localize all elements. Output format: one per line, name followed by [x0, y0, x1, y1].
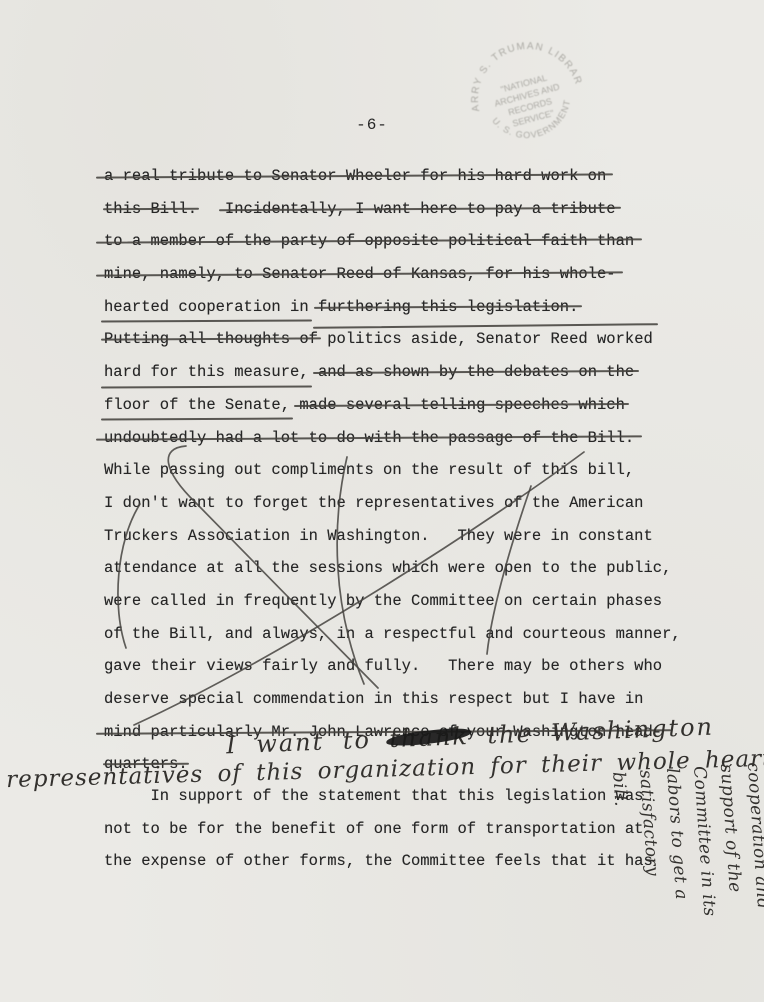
typed-line: of the Bill, and always, in a respectful…	[104, 618, 704, 651]
typed-line: hearted cooperation in furthering this l…	[104, 291, 704, 324]
typed-line: hard for this measure, and as shown by t…	[104, 356, 704, 389]
underlined-text: hard for this measure,	[104, 356, 309, 389]
typed-text: not to be for the benefit of one form of…	[104, 813, 644, 846]
struck-text: furthering this legislation.	[318, 291, 578, 324]
page-number: -6-	[0, 116, 744, 134]
typed-line: While passing out compliments on the res…	[104, 454, 704, 487]
struck-text: politics aside, Senator Reed worked	[318, 323, 653, 356]
typed-line: I don't want to forget the representativ…	[104, 487, 704, 520]
typed-text: attendance at all the sessions which wer…	[104, 552, 671, 585]
typed-line: Putting all thoughts of politics aside, …	[104, 323, 704, 356]
struck-text: to a member of the party of opposite pol…	[104, 225, 634, 258]
typed-line: Truckers Association in Washington. They…	[104, 520, 704, 553]
typed-line: undoubtedly had a lot to do with the pas…	[104, 422, 704, 455]
struck-text: made several telling speeches which	[299, 389, 625, 422]
typed-text: the expense of other forms, the Committe…	[104, 845, 653, 878]
pen-blot-over-word: thank	[389, 722, 469, 753]
typed-line: a real tribute to Senator Wheeler for hi…	[104, 160, 704, 193]
typed-line: floor of the Senate, made several tellin…	[104, 389, 704, 422]
margin-note-rotated: cooperation andsupport of theCommittee i…	[598, 761, 764, 1002]
typed-line: mine, namely, to Senator Reed of Kansas,…	[104, 258, 704, 291]
archive-stamp: HARRY S. TRUMAN LIBRARY U. S. GOVERNMENT…	[462, 34, 594, 164]
struck-text: undoubtedly had a lot to do with the pas…	[104, 422, 634, 455]
struck-text: this Bill.	[104, 193, 197, 226]
typed-line: gave their views fairly and fully. There…	[104, 650, 704, 683]
struck-text: mine, namely, to Senator Reed of Kansas,…	[104, 258, 616, 291]
typed-line: attendance at all the sessions which wer…	[104, 552, 704, 585]
typed-text: were called in frequently by the Committ…	[104, 585, 662, 618]
typed-text: deserve special commendation in this res…	[104, 683, 644, 716]
typed-line: deserve special commendation in this res…	[104, 683, 704, 716]
typed-text: I don't want to forget the representativ…	[104, 487, 644, 520]
typed-line: to a member of the party of opposite pol…	[104, 225, 704, 258]
struck-text: Incidentally, I want here to pay a tribu…	[225, 193, 616, 226]
typed-text: gave their views fairly and fully. There…	[104, 650, 662, 683]
struck-text: and as shown by the debates on the	[318, 356, 634, 389]
underlined-text: hearted cooperation in	[104, 291, 309, 324]
typed-text: Truckers Association in Washington. They…	[104, 520, 653, 553]
underlined-text: floor of the Senate,	[104, 389, 290, 422]
typed-text: of the Bill, and always, in a respectful…	[104, 618, 681, 651]
document-page: HARRY S. TRUMAN LIBRARY U. S. GOVERNMENT…	[0, 0, 764, 1002]
struck-text: a real tribute to Senator Wheeler for hi…	[104, 160, 606, 193]
typed-line: were called in frequently by the Committ…	[104, 585, 704, 618]
struck-text: Putting all thoughts of	[104, 323, 318, 356]
typed-text: While passing out compliments on the res…	[104, 454, 634, 487]
typed-paragraph-1: a real tribute to Senator Wheeler for hi…	[104, 160, 704, 781]
typed-line: this Bill. Incidentally, I want here to …	[104, 193, 704, 226]
